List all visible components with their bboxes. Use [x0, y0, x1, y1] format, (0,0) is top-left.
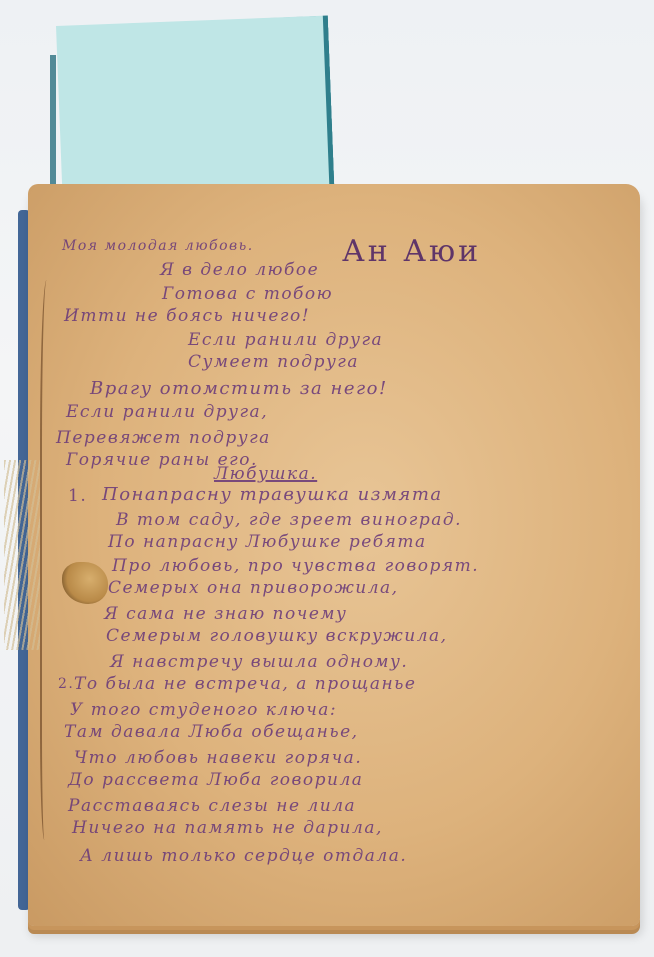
line: Я навстречу вышла одному. [110, 652, 408, 672]
poem-title: Любушка. [214, 464, 317, 484]
line: Про любовь, про чувства говорят. [112, 556, 479, 576]
line: То была не встреча, а прощанье [74, 674, 417, 694]
sticky-note [56, 16, 335, 202]
line: Итти не боясь ничего! [64, 306, 310, 326]
line: Если ранили друга, [66, 402, 268, 422]
line: Врагу отомстить за него! [90, 378, 388, 399]
line: У того студеного ключа: [70, 700, 337, 720]
line: Готова с тобою [162, 284, 333, 304]
line: Ничего на память не дарила, [72, 818, 383, 838]
line: Семерым головушку вскружила, [106, 626, 448, 646]
sticky-note-edge [50, 55, 56, 205]
line: До рассвета Люба говорила [68, 770, 363, 790]
binding-threads [4, 460, 40, 650]
line: В том саду, где зреет виноград. [116, 510, 462, 530]
line: Там давала Люба обещанье, [64, 722, 359, 742]
line: Моя молодая любовь. [62, 238, 254, 254]
verse-number: 2. [58, 676, 74, 692]
line: По напрасну Любушке ребята [108, 532, 427, 552]
page-tear [40, 280, 62, 840]
line: Сумеет подруга [188, 352, 359, 372]
line: Я сама не знаю почему [104, 604, 347, 624]
line: Перевяжет подруга [56, 428, 271, 448]
line: Что любовь навеки горяча. [74, 748, 362, 768]
line: Понапрасну травушка измята [102, 484, 443, 505]
line: Семерых она приворожила, [108, 578, 399, 598]
verse-number: 1. [68, 486, 87, 506]
line: Если ранили друга [188, 330, 383, 350]
line: Расставаясь слезы не лила [68, 796, 356, 816]
line: Я в дело любое [160, 260, 319, 280]
line: А лишь только сердце отдала. [80, 846, 407, 866]
header-signature: Ан Аюи [342, 234, 481, 269]
